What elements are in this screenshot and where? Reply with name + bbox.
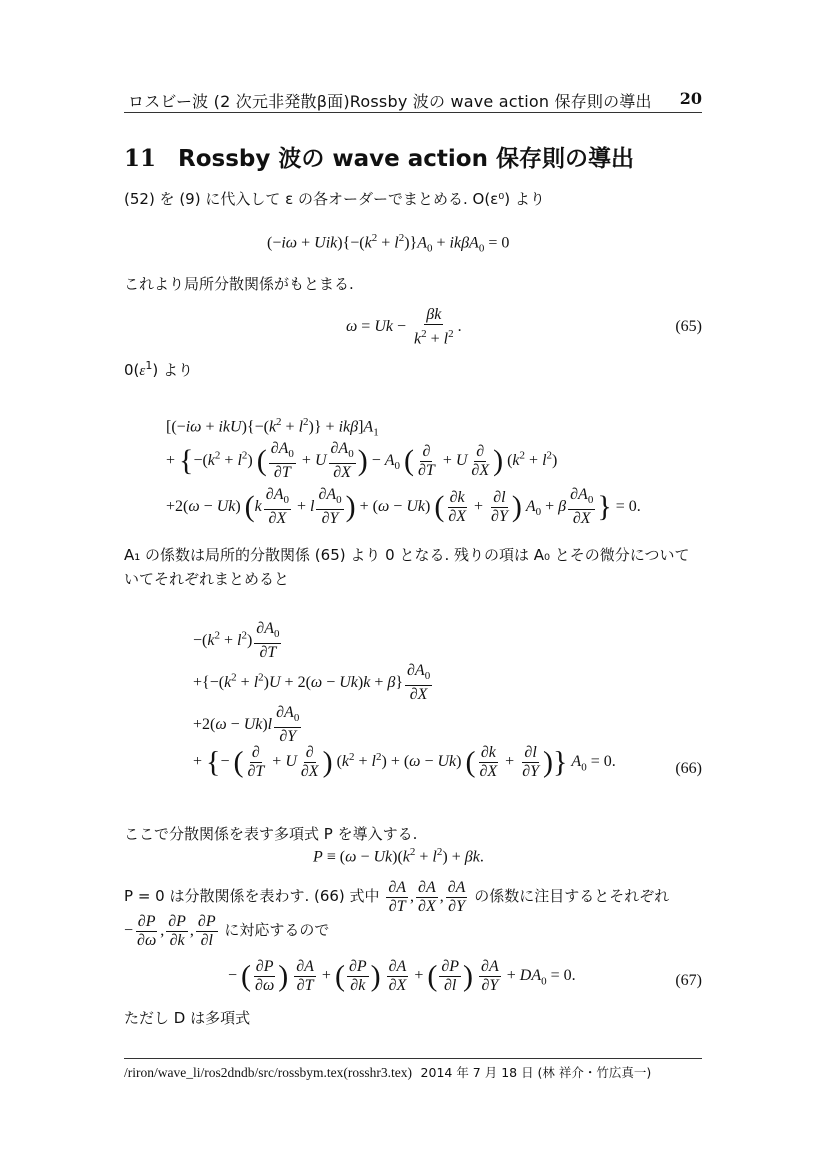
page-footer: /riron/wave_li/ros2dndb/src/rossbym.tex(… bbox=[124, 1058, 702, 1081]
paragraph-correspondence: −∂P∂ω,∂P∂k,∂P∂l に対応するので bbox=[124, 910, 704, 951]
section-heading: 11Rossby 波の wave action 保存則の導出 bbox=[124, 140, 634, 173]
footer-source-path: /riron/wave_li/ros2dndb/src/rossbym.tex(… bbox=[124, 1065, 412, 1080]
equation-66-line-3: +2(ω − Uk)l∂A0∂Y bbox=[193, 704, 303, 746]
running-title: ロスビー波 (2 次元非発散β面)Rossby 波の wave action 保… bbox=[128, 89, 652, 112]
paragraph-a1-coefficient: A₁ の係数は局所的分散関係 (65) より 0 となる. 残りの項は A₀ と… bbox=[124, 543, 704, 591]
equation-label-67: (67) bbox=[675, 972, 702, 990]
paragraph-d-polynomial: ただし D は多項式 bbox=[124, 1006, 704, 1030]
equation-66-line-1: −(k2 + l2)∂A0∂T bbox=[193, 620, 283, 662]
section-title: Rossby 波の wave action 保存則の導出 bbox=[178, 146, 634, 172]
equation-66-line-2: +{−(k2 + l2)U + 2(ω − Uk)k + β}∂A0∂X bbox=[193, 662, 434, 704]
equation-order-1-line-3: +2(ω − Uk) (k∂A0∂X + l∂A0∂Y) + (ω − Uk) … bbox=[166, 486, 641, 528]
paragraph-order-1: 0(ε1) より bbox=[124, 354, 704, 383]
equation-order-1-line-2: + {−(k2 + l2) (∂A0∂T + U∂A0∂X) − A0 (∂∂T… bbox=[166, 440, 557, 482]
equation-label-66: (66) bbox=[675, 760, 702, 778]
paragraph-polynomial-p: ここで分散関係を表す多項式 P を導入する. bbox=[124, 822, 704, 846]
equation-order-0: (−iω + Uik){−(k2 + l2)}A0 + ikβA0 = 0 bbox=[267, 232, 509, 255]
paragraph-intro: (52) を (9) に代入して ε の各オーダーでまとめる. O(ε⁰) より bbox=[124, 187, 704, 211]
equation-66-line-4: + {− (∂∂T + U∂∂X) (k2 + l2) + (ω − Uk) (… bbox=[193, 744, 616, 781]
page-number: 20 bbox=[680, 89, 702, 108]
running-header: ロスビー波 (2 次元非発散β面)Rossby 波の wave action 保… bbox=[124, 86, 702, 113]
equation-p-definition: P ≡ (ω − Uk)(k2 + l2) + βk. bbox=[313, 846, 484, 866]
equation-67: − (∂P∂ω) ∂A∂T + (∂P∂k) ∂A∂X + (∂P∂l) ∂A∂… bbox=[228, 958, 576, 995]
paragraph-dispersion: これより局所分散関係がもとまる. bbox=[124, 272, 704, 296]
equation-order-1-line-1: [(−iω + ikU){−(k2 + l2)} + ikβ]A1 bbox=[166, 416, 379, 439]
equation-label-65: (65) bbox=[675, 318, 702, 336]
section-number: 11 bbox=[124, 145, 178, 172]
equation-65: ω = Uk − βkk2 + l2. bbox=[346, 306, 462, 348]
footer-date-authors: 2014 年 7 月 18 日 (林 祥介・竹広真一) bbox=[421, 1065, 652, 1080]
